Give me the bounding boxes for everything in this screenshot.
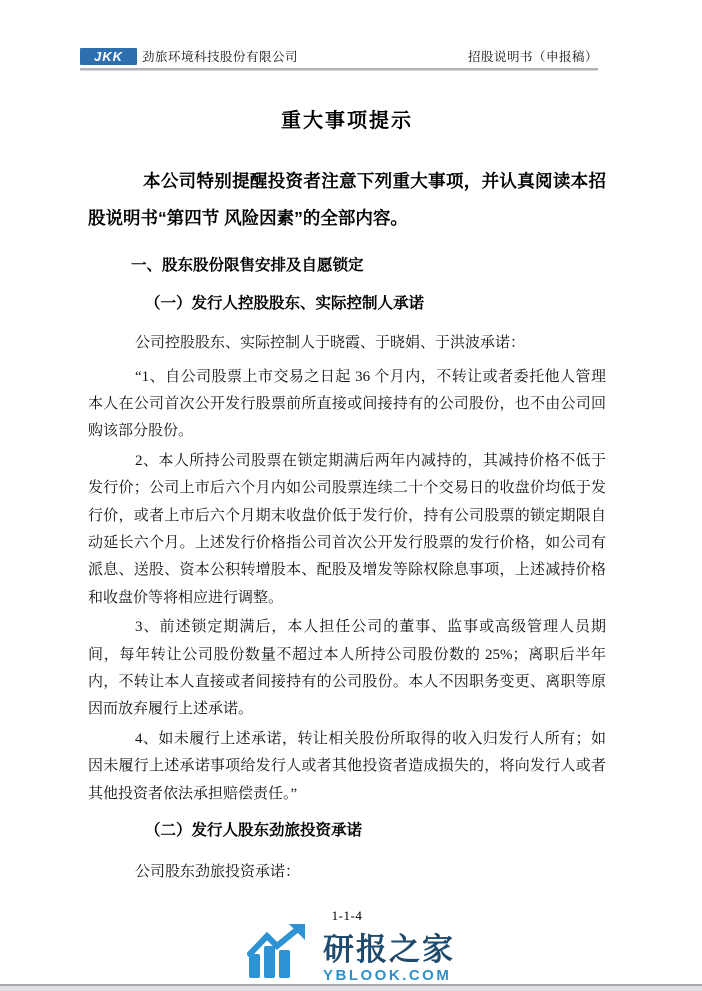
section-heading-share-lockup: 一、股东股份限售安排及自愿锁定: [88, 255, 606, 276]
document-body: 重大事项提示 本公司特别提醒投资者注意下列重大事项，并认真阅读本招股说明书“第四…: [88, 70, 606, 924]
important-notice-intro: 本公司特别提醒投资者注意下列重大事项，并认真阅读本招股说明书“第四节 风险因素”…: [88, 163, 606, 237]
page-number: 1-1-4: [88, 908, 606, 924]
watermark: 研报之家 YBLOOK.COM: [0, 924, 702, 983]
subsection-heading-jinglv-commitment: （二）发行人股东劲旅投资承诺: [88, 820, 606, 841]
watermark-site-name: 研报之家: [323, 934, 455, 965]
commitment-paragraph-2: 2、本人所持公司股票在锁定期满后两年内减持的，其减持价格不低于发行价；公司上市后…: [88, 448, 606, 612]
commitment-paragraph-3: 3、前述锁定期满后，本人担任公司的董事、监事或高级管理人员期间，每年转让公司股份…: [88, 614, 606, 724]
header-left: JKK 劲旅环境科技股份有限公司: [80, 47, 298, 65]
company-name: 劲旅环境科技股份有限公司: [142, 47, 298, 65]
company-logo-icon: JKK: [80, 48, 137, 65]
watermark-site-url: YBLOOK.COM: [323, 968, 455, 983]
paragraph-controller-intro: 公司控股股东、实际控制人于晓霞、于晓娟、于洪波承诺：: [88, 330, 606, 357]
paragraph-jinglv-intro: 公司股东劲旅投资承诺：: [88, 859, 606, 886]
watermark-text: 研报之家 YBLOOK.COM: [323, 934, 455, 983]
page-bottom-edge: [0, 984, 702, 991]
subsection-heading-controller-commitment: （一）发行人控股股东、实际控制人承诺: [88, 293, 606, 314]
commitment-paragraph-1: “1、自公司股票上市交易之日起 36 个月内，不转让或者委托他人管理本人在公司首…: [88, 364, 606, 446]
bar-chart-arrow-icon: [247, 924, 313, 983]
document-type-label: 招股说明书（申报稿）: [468, 47, 598, 65]
page-header: JKK 劲旅环境科技股份有限公司 招股说明书（申报稿）: [80, 47, 598, 65]
commitment-paragraph-4: 4、如未履行上述承诺，转让相关股份所取得的收入归发行人所有；如因未履行上述承诺事…: [88, 726, 606, 808]
prospectus-page: JKK 劲旅环境科技股份有限公司 招股说明书（申报稿） 重大事项提示 本公司特别…: [0, 0, 702, 991]
page-title: 重大事项提示: [88, 104, 606, 133]
